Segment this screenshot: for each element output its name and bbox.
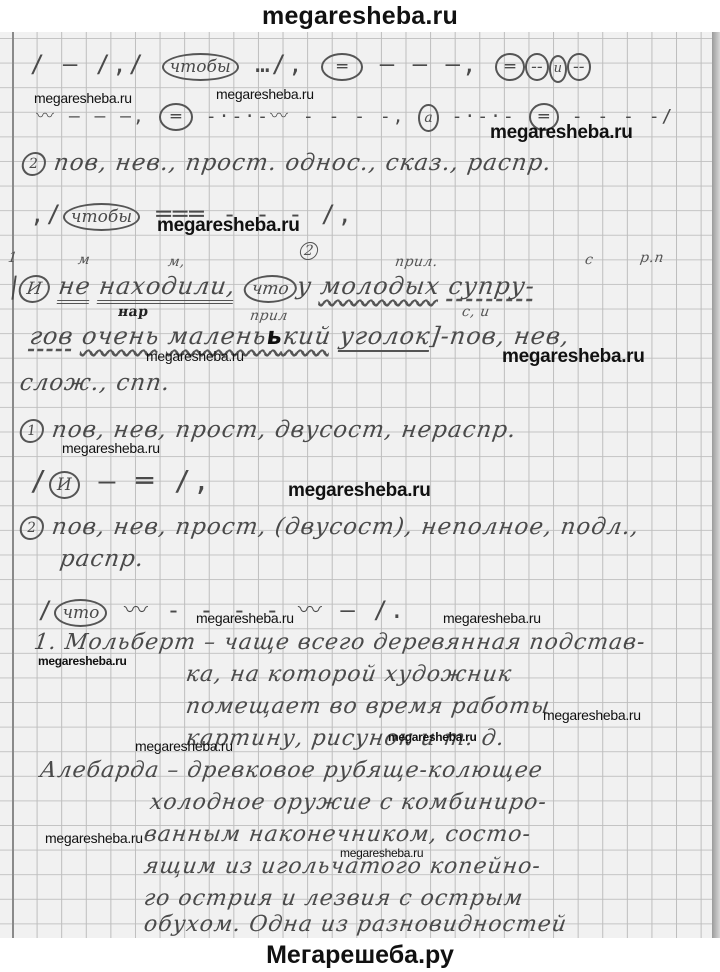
predicate-word: не xyxy=(56,272,93,304)
parsed-line-1: |И не находили, чтоу молодых супру- xyxy=(8,272,537,303)
parsed-line-3: слож., спп. xyxy=(18,370,172,396)
conjunction-circle: что xyxy=(242,275,299,303)
scheme-segment: …/, xyxy=(255,50,304,78)
watermark: megaresheba.ru xyxy=(490,122,633,144)
watermark: megaresheba.ru xyxy=(502,346,645,368)
margin-line xyxy=(12,32,14,938)
analysis-text: пов, нев., прост. однос., сказ., распр. xyxy=(52,150,553,176)
watermark: megaresheba.ru xyxy=(135,738,233,754)
annotation: м xyxy=(77,252,91,268)
adverb-word: очень xyxy=(80,322,161,350)
watermark: megaresheba.ru xyxy=(443,610,541,626)
conjunction-circle: чтобы xyxy=(63,203,140,231)
member-circle: -- xyxy=(567,53,591,81)
watermark: megaresheba.ru xyxy=(288,480,431,502)
member-circle: -- xyxy=(525,53,549,81)
definition-line: Алебарда – древковое рубяще-колющее xyxy=(38,758,544,783)
annotation: м, xyxy=(167,254,186,270)
annotation: с, и xyxy=(461,304,491,320)
sentence-analysis-2: 2пов, нев., прост. однос., сказ., распр. xyxy=(20,150,553,176)
definition-line: ванным наконечником, состо- xyxy=(142,822,532,847)
number-circle: 2 xyxy=(18,516,45,540)
scheme-segment: -·-·-〰 - - - -, xyxy=(206,106,406,127)
attribute-word: молодых xyxy=(319,272,442,300)
definition-line: го острия и лезвия с острым xyxy=(142,886,525,911)
definition-line: холодное оружие с комбиниро- xyxy=(148,790,548,815)
definition-line: помещает во время работы xyxy=(184,694,552,719)
object-word: супру- xyxy=(447,272,537,300)
parsed-line-2: гов очень маленьький уголок]-пов, нев, xyxy=(28,322,572,350)
word-part: кий xyxy=(281,322,333,350)
predicate-circle: ═ xyxy=(159,103,193,131)
annotation: нар xyxy=(117,304,150,320)
scheme-segment: / xyxy=(38,596,54,624)
block-marker: 1 xyxy=(7,250,19,266)
conjunction-circle: а xyxy=(418,104,438,132)
conjunction-circle: И xyxy=(49,471,80,499)
sentence-analysis-2b: 2пов, нев, прост, (двусост), неполное, п… xyxy=(18,514,641,540)
watermark: megaresheba.ru xyxy=(543,707,641,723)
object-word: гов xyxy=(28,322,75,350)
analysis-text: пов, нев, прост, (двусост), неполное, по… xyxy=(50,514,641,540)
annotation: р.п xyxy=(639,250,665,266)
sentence-analysis-2b-cont: распр. xyxy=(58,546,146,572)
attribute-word: маленьький xyxy=(166,322,333,350)
site-header: megaresheba.ru xyxy=(0,0,720,32)
conjunction-circle: и xyxy=(549,55,567,83)
subject-word: уголок xyxy=(338,322,433,352)
watermark: megaresheba.ru xyxy=(157,215,300,237)
watermark: megaresheba.ru xyxy=(34,90,132,106)
predicate-circle: ═ xyxy=(495,53,525,81)
conjunction-circle: что xyxy=(54,599,107,627)
scheme-segment: 〰 — — —, xyxy=(36,106,146,127)
watermark: megaresheba.ru xyxy=(196,610,294,626)
preposition-word: у xyxy=(295,272,314,300)
annotation: с xyxy=(584,252,595,268)
sentence-scheme-4: /И — ═ /, xyxy=(30,464,212,499)
annotation: прил. xyxy=(394,254,439,270)
watermark: megaresheba.ru xyxy=(340,846,423,860)
sentence-scheme-1: / — /,/ чтобы …/, ═ — — —, ═--и-- xyxy=(30,50,591,83)
number-circle: 1 xyxy=(18,419,45,443)
scheme-segment: ,/ xyxy=(30,200,63,228)
watermark: megaresheba.ru xyxy=(146,348,244,364)
word-part: малень xyxy=(166,322,269,350)
predicate-circle: ═ xyxy=(321,53,363,81)
predicate-word: находили, xyxy=(97,272,238,304)
watermark: megaresheba.ru xyxy=(62,440,160,456)
scheme-segment: / xyxy=(30,464,49,497)
watermark: megaresheba.ru xyxy=(45,830,143,846)
scheme-segment: / — /,/ xyxy=(30,50,145,78)
scheme-segment: — — —, xyxy=(380,50,479,78)
definition-line: обухом. Одна из разновидностей xyxy=(142,912,569,937)
site-footer: Мегарешеба.ру xyxy=(0,938,720,972)
annotation-circle: 2 xyxy=(299,242,320,260)
definition-line: 1. Мольберт – чаще всего деревянная подс… xyxy=(32,630,647,655)
definition-line: ка, на которой художник xyxy=(184,662,513,687)
watermark: megaresheba.ru xyxy=(388,730,477,744)
watermark: megaresheba.ru xyxy=(216,86,314,102)
number-circle: 2 xyxy=(20,152,47,176)
watermark: megaresheba.ru xyxy=(38,654,127,668)
conjunction-circle: И xyxy=(17,275,52,303)
conjunction-circle: чтобы xyxy=(162,53,239,81)
paper-edge xyxy=(712,32,720,938)
scheme-segment: — ═ /, xyxy=(99,464,212,497)
